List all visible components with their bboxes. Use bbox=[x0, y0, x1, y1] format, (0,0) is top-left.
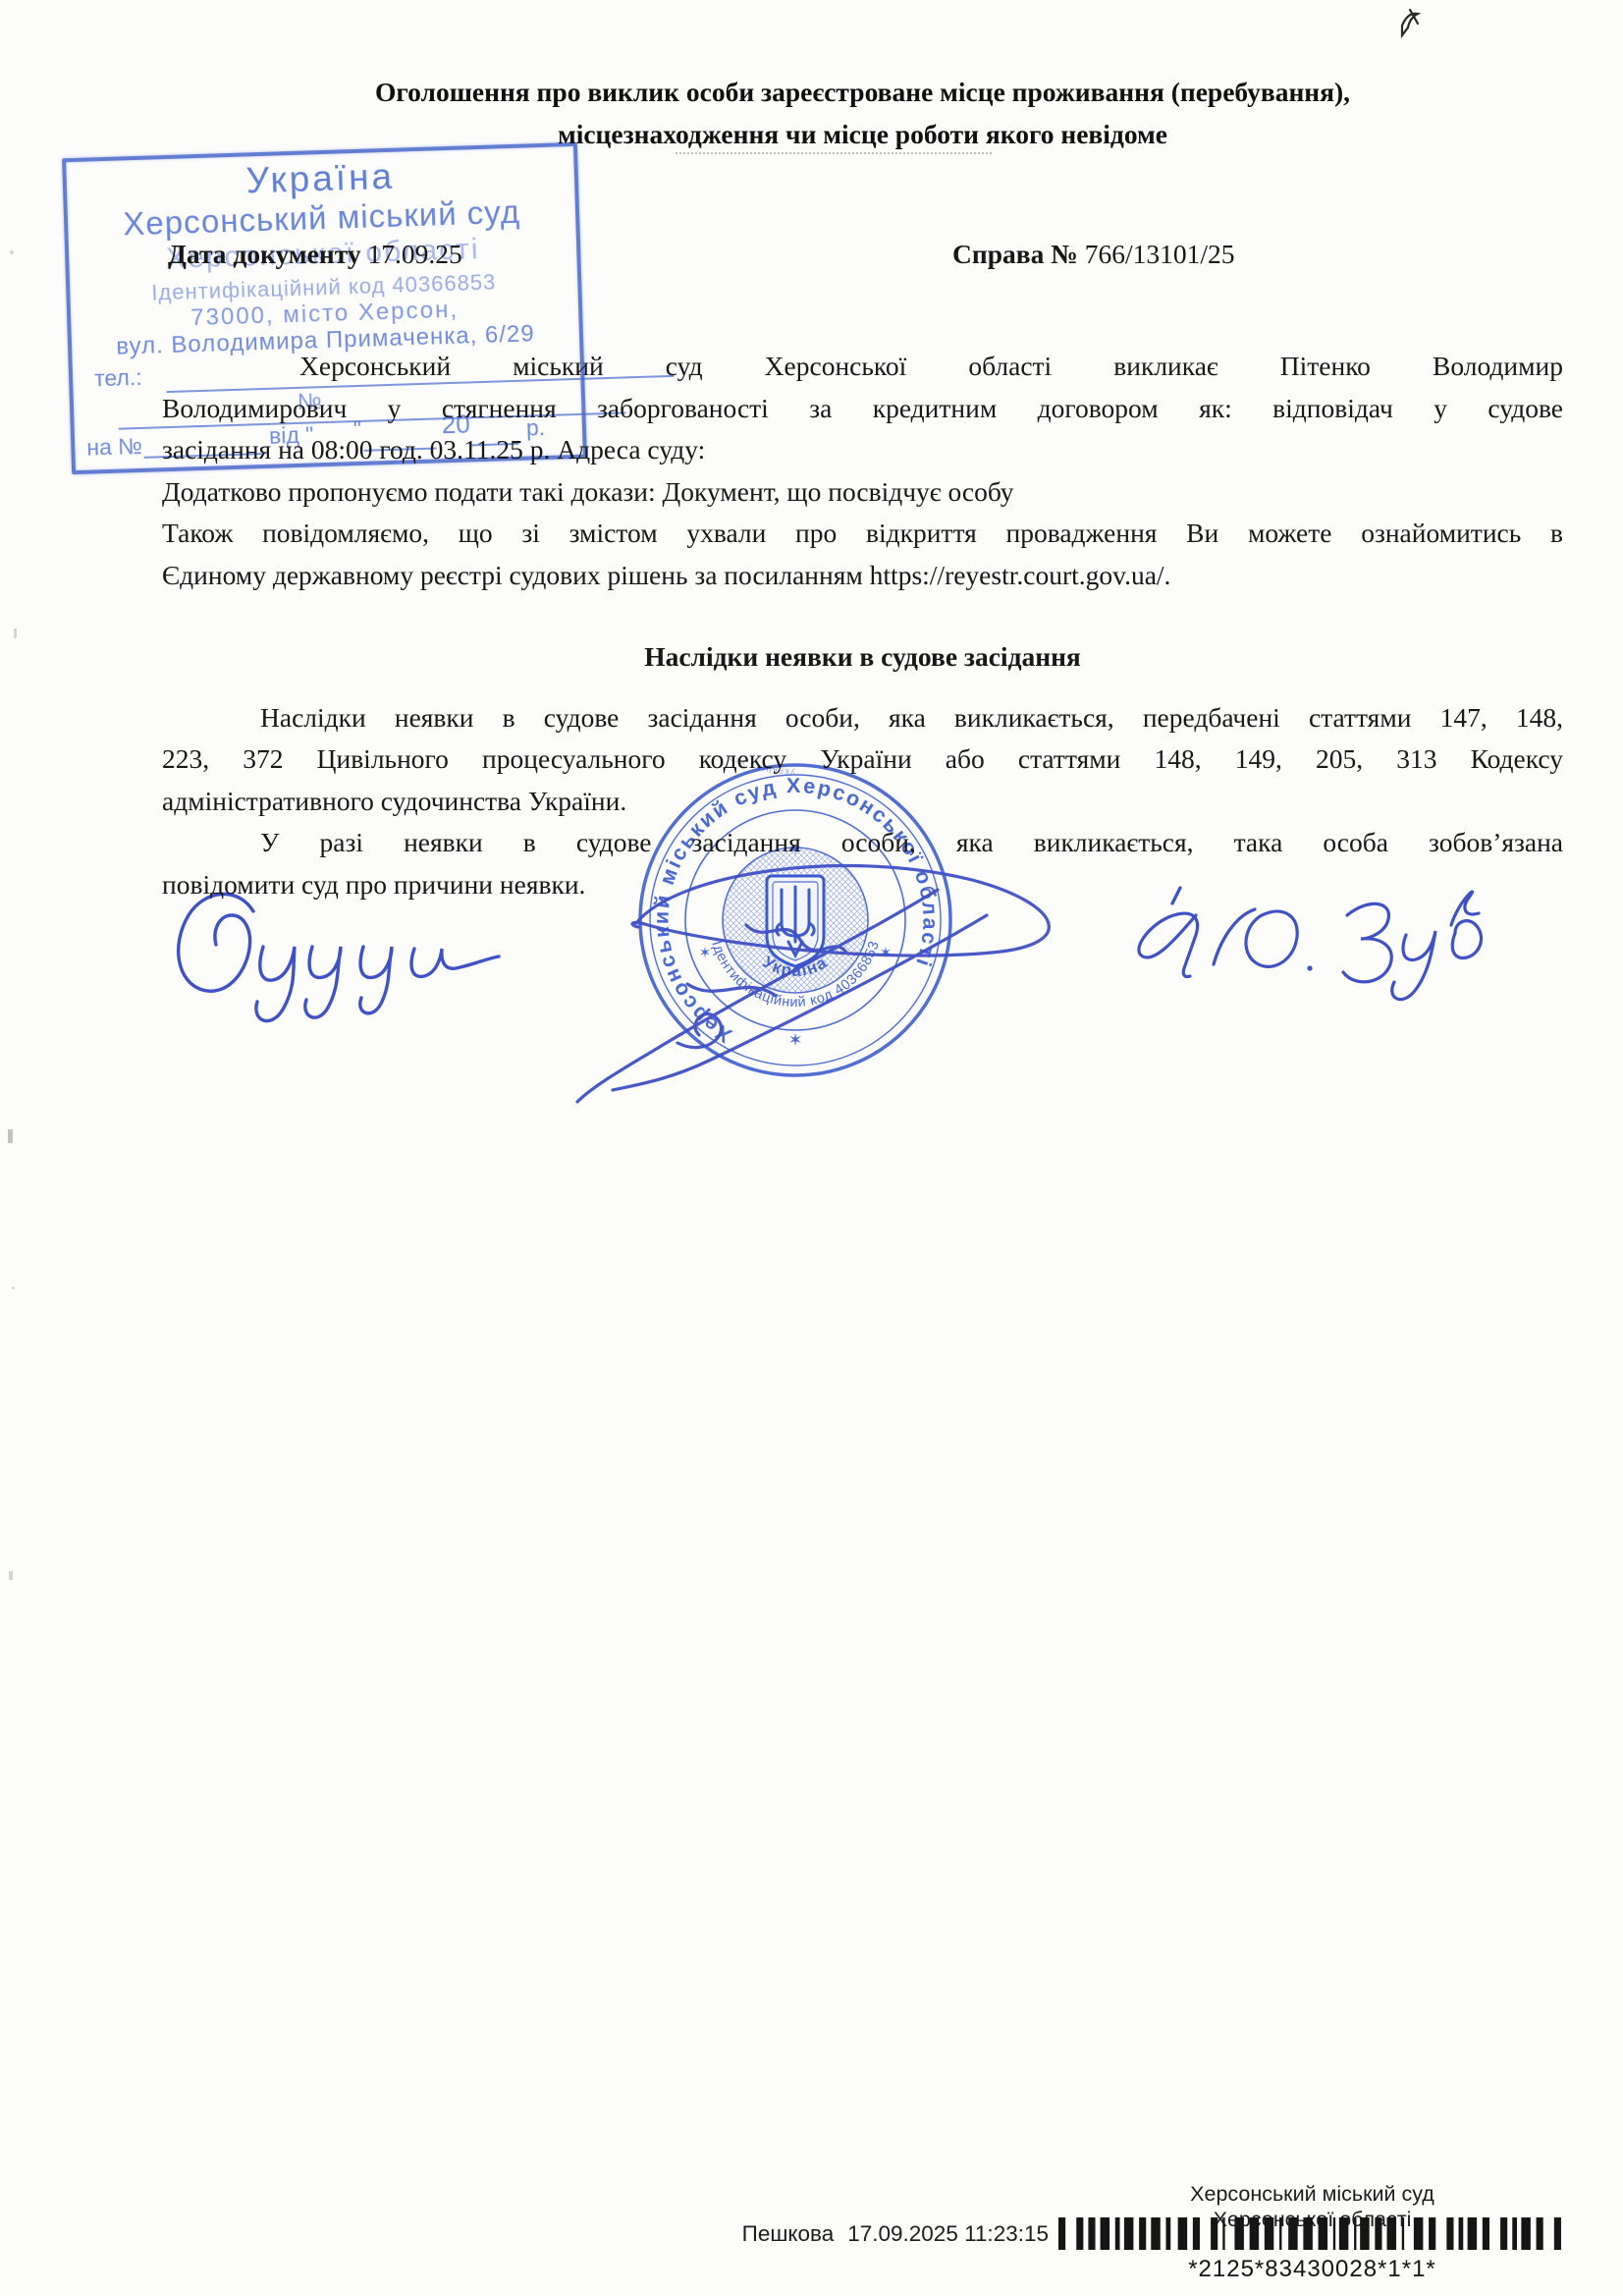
text-line: Додатково пропонуємо подати такі докази:… bbox=[162, 471, 1563, 514]
case-number: Справа № 766/13101/25 bbox=[952, 239, 1235, 270]
meta-row: Дата документу 17.09.25 Справа № 766/131… bbox=[162, 239, 1563, 272]
title-line-2: місцезнаходження чи місце роботи якого н… bbox=[162, 113, 1563, 155]
text-line: Наслідки неявки в судове засідання особи… bbox=[162, 697, 1563, 739]
document-date: Дата документу 17.09.25 bbox=[168, 239, 462, 270]
text-line: адміністративного судочинства України. bbox=[162, 781, 1563, 823]
clerk-name: Пешкова bbox=[742, 2221, 835, 2247]
paragraph-obligation: У разі неявки в судове засідання особи, … bbox=[162, 822, 1563, 905]
paragraph-registry-link: Також повідомляємо, що зі змістом ухвали… bbox=[162, 513, 1563, 596]
footer-court-line1: Херсонський міський суд bbox=[1058, 2181, 1566, 2207]
text-line: Єдиному державному реєстрі судових рішен… bbox=[162, 555, 1563, 597]
paragraph-evidence: Додатково пропонуємо подати такі докази:… bbox=[162, 471, 1563, 514]
footer-barcode-block: *2125*83430028*1*1* bbox=[1058, 2217, 1566, 2283]
print-datetime: 17.09.2025 11:23:15 bbox=[847, 2221, 1049, 2247]
paragraph-summons: Херсонський міський суд Херсонської обла… bbox=[162, 346, 1563, 471]
text-line: Херсонський міський суд Херсонської обла… bbox=[162, 346, 1563, 388]
footer-clerk-timestamp: Пешкова 17.09.2025 11:23:15 bbox=[742, 2221, 1049, 2247]
text-line: Також повідомляємо, що зі змістом ухвали… bbox=[162, 513, 1563, 555]
scanned-court-document: Україна Херсонський міський суд Херсонсь… bbox=[0, 0, 1623, 2296]
barcode bbox=[1058, 2217, 1566, 2250]
printed-text-layer: Оголошення про виклик особи зареєстрован… bbox=[0, 0, 1623, 2296]
section-heading: Наслідки неявки в судове засідання bbox=[162, 636, 1563, 679]
document-title: Оголошення про виклик особи зареєстрован… bbox=[162, 71, 1563, 155]
text-line: У разі неявки в судове засідання особи, … bbox=[162, 822, 1563, 864]
paragraph-consequences: Наслідки неявки в судове засідання особи… bbox=[162, 697, 1563, 823]
case-label: Справа № bbox=[952, 239, 1078, 269]
text-line: повідомити суд про причини неявки. bbox=[162, 864, 1563, 906]
date-value: 17.09.25 bbox=[367, 239, 461, 269]
date-label: Дата документу bbox=[168, 239, 361, 269]
barcode-caption: *2125*83430028*1*1* bbox=[1058, 2256, 1566, 2283]
text-line: 223, 372 Цивільного процесуального кодек… bbox=[162, 738, 1563, 781]
document-body: Херсонський міський суд Херсонської обла… bbox=[162, 346, 1563, 905]
text-line: Володимирович у стягнення заборгованості… bbox=[162, 388, 1563, 430]
title-line-1: Оголошення про виклик особи зареєстрован… bbox=[162, 71, 1563, 113]
text-line: засідання на 08:00 год. 03.11.25 р. Адре… bbox=[162, 429, 1563, 471]
case-value: 766/13101/25 bbox=[1085, 239, 1235, 269]
